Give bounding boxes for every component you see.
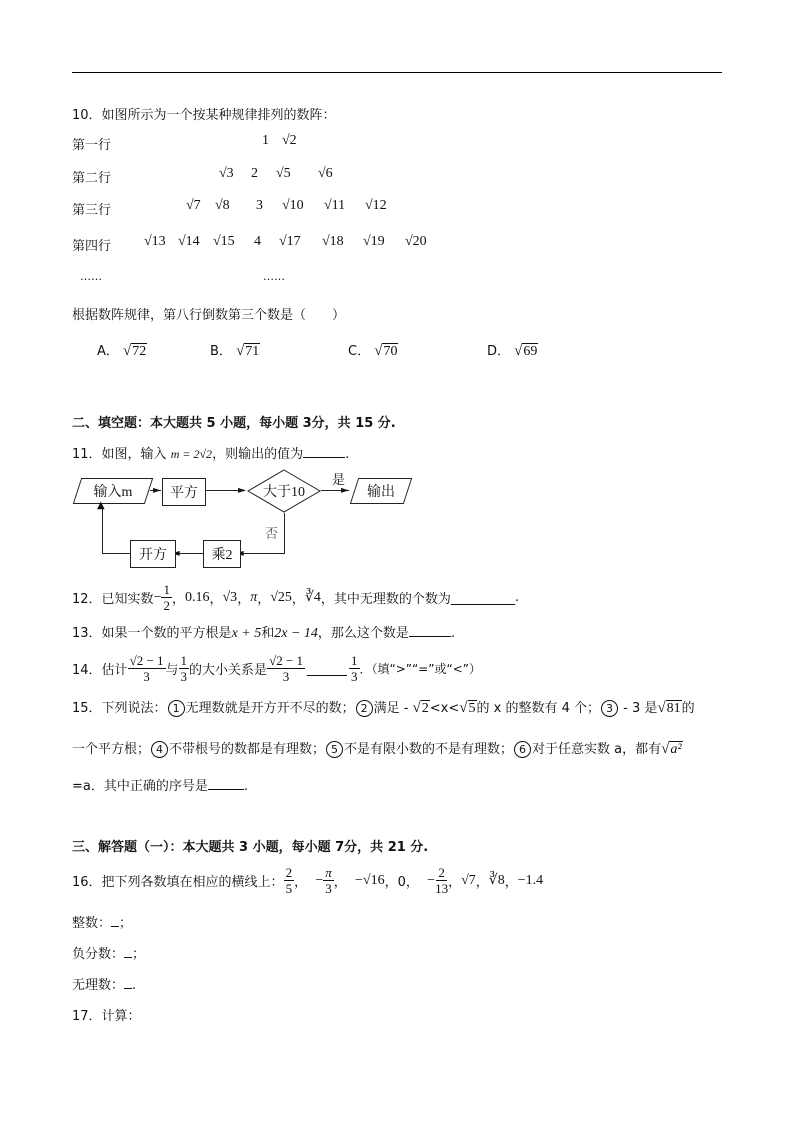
q15-line3: =a．其中正确的序号是. xyxy=(72,775,248,794)
q10-row3-item: √7 xyxy=(186,198,201,214)
q10-option-b[interactable]: B． √71 xyxy=(210,340,260,360)
q10-row1-item: 1 xyxy=(262,133,269,149)
flow-square-node: 平方 xyxy=(162,478,206,506)
answer-blank[interactable] xyxy=(124,988,132,989)
header-rule xyxy=(72,72,722,73)
q10-option-c[interactable]: C． √70 xyxy=(348,340,398,360)
q10-row4-item: √18 xyxy=(322,234,344,250)
q10-row2-item: 2 xyxy=(251,166,258,182)
q11-formula: m = 2√2 xyxy=(171,447,212,461)
q16-fill-irrationals: 无理数：. xyxy=(72,974,136,993)
q10-row4-item: √19 xyxy=(363,234,385,250)
flow-line xyxy=(284,513,285,553)
q10-row1-label: 第一行 xyxy=(72,134,111,153)
q15-line2: 一个平方根；4不带根号的数都是有理数；5不是有限小数的不是有理数；6对于任意实数… xyxy=(72,738,683,758)
q10-stem: 10．如图所示为一个按某种规律排列的数阵： xyxy=(72,104,336,123)
q10-row4-label: 第四行 xyxy=(72,235,111,254)
fraction-neg-half: 12 xyxy=(161,582,172,613)
sqrt-expr: √69 xyxy=(514,343,538,360)
flow-line xyxy=(176,553,203,554)
flow-line xyxy=(102,553,130,554)
q13-answer-blank[interactable] xyxy=(409,636,451,637)
q10-row4-item: √20 xyxy=(405,234,427,250)
arrow-up-icon: ▲ xyxy=(97,500,105,511)
option-letter: B． xyxy=(210,344,232,359)
q11-line: 11．如图，输入 m = 2√2，则输出的值为. xyxy=(72,443,349,462)
q14-line: 14．估计 √2 − 13 与 13 的大小关系是 √2 − 13 13 ．（填… xyxy=(72,653,481,684)
q10-row4-item: √14 xyxy=(178,234,200,250)
q10-row4-item: √15 xyxy=(213,234,235,250)
q10-option-d[interactable]: D． √69 xyxy=(487,340,538,360)
flow-line xyxy=(102,508,103,554)
q12-num: 12． xyxy=(72,588,102,607)
flow-input-node: 输入m xyxy=(77,478,149,504)
q10-question: 根据数阵规律，第八行倒数第三个数是（ ） xyxy=(72,304,345,323)
arrow-right-icon: ► xyxy=(238,485,246,496)
q10-row1-item: √2 xyxy=(282,133,297,149)
q10-row4-item: √13 xyxy=(144,234,166,250)
option-letter: D． xyxy=(487,344,510,359)
q10-row2-item: √3 xyxy=(219,166,234,182)
flow-line xyxy=(240,553,285,554)
circled-6-icon: 6 xyxy=(514,741,531,758)
fraction-sqrt2-minus1-over-3: √2 − 13 xyxy=(128,653,166,684)
q10-row3-item: √12 xyxy=(365,198,387,214)
flow-times2-node: 乘2 xyxy=(203,540,241,568)
sqrt-expr: √72 xyxy=(123,343,147,360)
option-letter: A． xyxy=(97,344,119,359)
q16-num: 16． xyxy=(72,871,102,890)
flow-yes-label: 是 xyxy=(332,469,345,488)
q15-line1: 15．下列说法：1无理数就是开方开不尽的数；2满足 - √2<x<√5的 x 的… xyxy=(72,697,695,717)
fraction-one-third: 13 xyxy=(179,653,190,684)
sqrt-expr: √71 xyxy=(236,343,260,360)
q10-row3-label: 第三行 xyxy=(72,199,111,218)
q12-answer-blank[interactable] xyxy=(451,590,515,605)
answer-blank[interactable] xyxy=(124,957,132,958)
q11-num: 11． xyxy=(72,447,102,462)
q10-row2-item: √6 xyxy=(318,166,333,182)
fraction-sqrt2-minus1-over-3: √2 − 13 xyxy=(267,653,305,684)
q10-option-a[interactable]: A． √72 xyxy=(97,340,147,360)
q17-line: 17．计算： xyxy=(72,1005,141,1024)
flow-sqrt-node: 开方 xyxy=(130,540,176,568)
circled-5-icon: 5 xyxy=(326,741,343,758)
q10-row4-item: 4 xyxy=(254,234,261,250)
q15-num: 15． xyxy=(72,701,102,716)
q10-row4-item: √17 xyxy=(279,234,301,250)
flow-decision-node: 大于10 xyxy=(247,469,321,513)
q15-answer-blank[interactable] xyxy=(208,789,244,790)
q10-row3-item: √11 xyxy=(324,198,345,214)
answer-blank[interactable] xyxy=(111,926,119,927)
section3-heading: 三、解答题（一）：本大题共 3 小题，每小题 7分，共 21 分. xyxy=(72,836,428,855)
arrow-right-icon: ► xyxy=(153,485,161,496)
q14-answer-blank[interactable] xyxy=(307,661,347,676)
q16-fill-negative-fractions: 负分数：； xyxy=(72,943,145,962)
fraction-one-third: 13 xyxy=(349,653,360,684)
q16-fill-integers: 整数：； xyxy=(72,912,132,931)
circled-2-icon: 2 xyxy=(356,700,373,717)
q13-num: 13． xyxy=(72,626,102,641)
q10-ellipsis-right: …… xyxy=(263,270,285,283)
q10-row3-item: √10 xyxy=(282,198,304,214)
flow-output-node: 输出 xyxy=(354,478,408,504)
q16-line: 16．把下列各数填在相应的横线上： 25， −π3， −√16，0， −213，… xyxy=(72,865,543,896)
circled-4-icon: 4 xyxy=(151,741,168,758)
q11-answer-blank[interactable] xyxy=(303,457,345,458)
q10-row2-label: 第二行 xyxy=(72,167,111,186)
section2-heading: 二、填空题：本大题共 5 小题，每小题 3分，共 15 分. xyxy=(72,412,396,431)
q10-row3-item: 3 xyxy=(256,198,263,214)
flow-no-label: 否 xyxy=(265,523,278,542)
q17-num: 17． xyxy=(72,1009,102,1024)
sqrt-expr: √70 xyxy=(374,343,398,360)
q14-num: 14． xyxy=(72,659,102,678)
q10-ellipsis-left: …… xyxy=(80,270,102,283)
q10-row2-item: √5 xyxy=(276,166,291,182)
q12-line: 12．已知实数 −12 ，0.16 ，√3 ，π ，√25 ，∛4 ，其中无理数… xyxy=(72,582,519,613)
q13-line: 13．如果一个数的平方根是x + 5和2x − 14，那么这个数是. xyxy=(72,622,455,642)
q10-row3-item: √8 xyxy=(215,198,230,214)
circled-1-icon: 1 xyxy=(168,700,185,717)
option-letter: C． xyxy=(348,344,370,359)
circled-3-icon: 3 xyxy=(601,700,618,717)
